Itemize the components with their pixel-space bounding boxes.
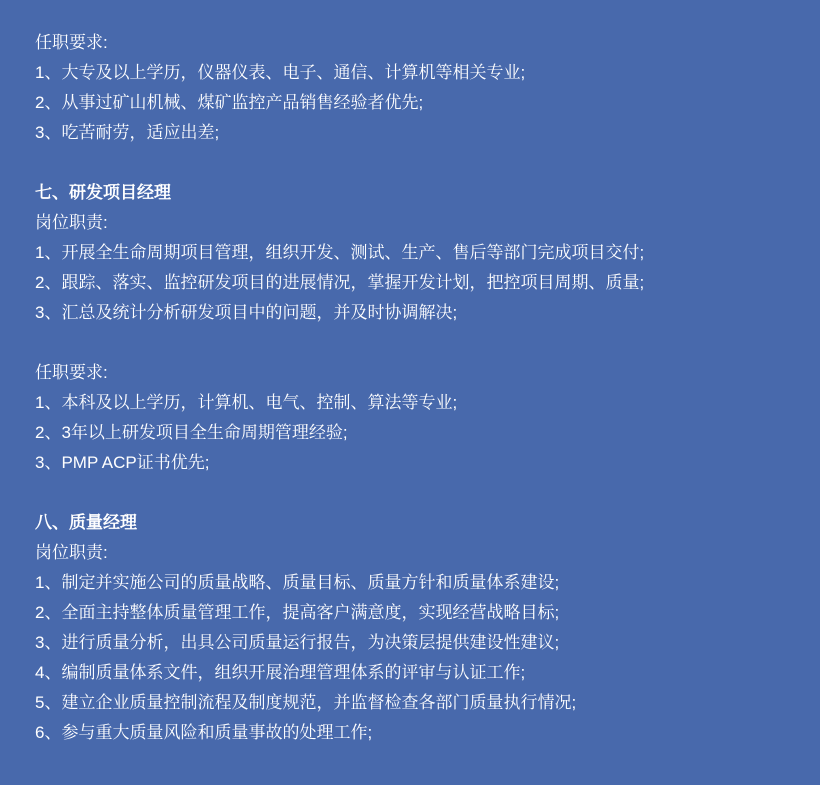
requirement-item: 3、吃苦耐劳，适应出差; <box>35 118 790 148</box>
section-rd-project-manager: 七、研发项目经理 岗位职责: 1、开展全生命周期项目管理，组织开发、测试、生产、… <box>35 178 790 328</box>
job-posting-page: 任职要求: 1、大专及以上学历，仪器仪表、电子、通信、计算机等相关专业; 2、从… <box>0 0 831 789</box>
duties-label: 岗位职责: <box>35 208 790 238</box>
requirement-item: 2、从事过矿山机械、煤矿监控产品销售经验者优先; <box>35 88 790 118</box>
duty-item: 3、进行质量分析，出具公司质量运行报告，为决策层提供建设性建议; <box>35 628 790 658</box>
section-requirements-sales: 任职要求: 1、大专及以上学历，仪器仪表、电子、通信、计算机等相关专业; 2、从… <box>35 28 790 148</box>
duty-item: 1、开展全生命周期项目管理，组织开发、测试、生产、售后等部门完成项目交付; <box>35 238 790 268</box>
duty-item: 2、跟踪、落实、监控研发项目的进展情况，掌握开发计划，把控项目周期、质量; <box>35 268 790 298</box>
section-quality-manager: 八、质量经理 岗位职责: 1、制定并实施公司的质量战略、质量目标、质量方针和质量… <box>35 508 790 748</box>
job-description-panel: 任职要求: 1、大专及以上学历，仪器仪表、电子、通信、计算机等相关专业; 2、从… <box>0 0 820 785</box>
requirement-item: 2、3年以上研发项目全生命周期管理经验; <box>35 418 790 448</box>
section-requirements-rd: 任职要求: 1、本科及以上学历，计算机、电气、控制、算法等专业; 2、3年以上研… <box>35 358 790 478</box>
duty-item: 2、全面主持整体质量管理工作，提高客户满意度，实现经营战略目标; <box>35 598 790 628</box>
requirements-label: 任职要求: <box>35 28 790 58</box>
requirement-item: 1、大专及以上学历，仪器仪表、电子、通信、计算机等相关专业; <box>35 58 790 88</box>
duty-item: 1、制定并实施公司的质量战略、质量目标、质量方针和质量体系建设; <box>35 568 790 598</box>
duty-item: 3、汇总及统计分析研发项目中的问题，并及时协调解决; <box>35 298 790 328</box>
duty-item: 5、建立企业质量控制流程及制度规范，并监督检查各部门质量执行情况; <box>35 688 790 718</box>
duty-item: 6、参与重大质量风险和质量事故的处理工作; <box>35 718 790 748</box>
section-heading: 八、质量经理 <box>35 508 790 538</box>
requirement-item: 3、PMP ACP证书优先; <box>35 448 790 478</box>
requirement-item: 1、本科及以上学历，计算机、电气、控制、算法等专业; <box>35 388 790 418</box>
requirements-label: 任职要求: <box>35 358 790 388</box>
section-heading: 七、研发项目经理 <box>35 178 790 208</box>
duties-label: 岗位职责: <box>35 538 790 568</box>
duty-item: 4、编制质量体系文件，组织开展治理管理体系的评审与认证工作; <box>35 658 790 688</box>
